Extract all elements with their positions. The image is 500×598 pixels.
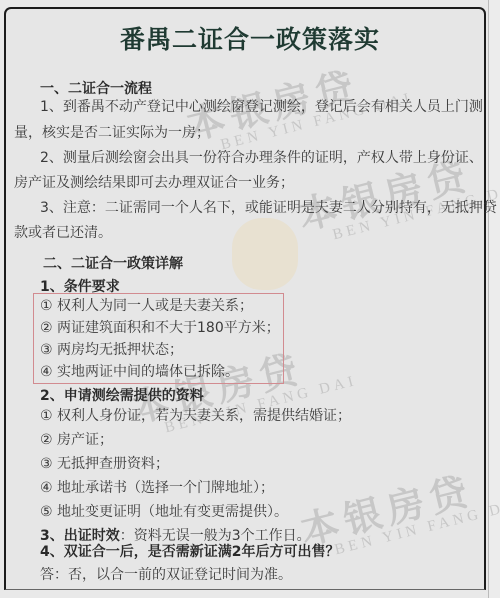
material-item: ② 房产证；	[40, 428, 113, 453]
condition-item: ③ 两房均无抵押状态；	[40, 340, 183, 361]
condition-item: ④ 实地两证中间的墙体已拆除。	[40, 362, 239, 383]
material-item: ③ 无抵押查册资料；	[40, 452, 169, 477]
section1-item-3-line2: 款或者已还清。	[14, 221, 112, 246]
section1-item-3-line1: 3、注意：二证需同一个人名下，或能证明是夫妻二人分别持有，无抵押贷	[40, 196, 497, 221]
material-item: ⑤ 地址变更证明（地址有变更需提供）。	[40, 500, 288, 525]
section1-item-2-line2: 房产证及测绘结果即可去办理双证合一业务；	[14, 171, 294, 196]
material-item: ① 权利人身份证，若为夫妻关系，需提供结婚证；	[40, 404, 351, 429]
section1-item-1-line1: 1、到番禺不动产登记中心测绘窗登记测绘，登记后会有相关人员上门测	[40, 95, 483, 120]
question-text: 4、双证合一后，是否需新证满2年后方可出售？	[40, 540, 339, 565]
section2-heading: 二、二证合一政策详解	[43, 253, 183, 273]
section1-item-1-line2: 量，核实是否二证实际为一房；	[14, 121, 210, 146]
page-title: 番禺二证合一政策落实	[0, 20, 500, 56]
material-item: ④ 地址承诺书（选择一个门牌地址）；	[40, 476, 274, 501]
condition-item: ② 两证建筑面积和不大于180平方米；	[40, 318, 280, 339]
condition-item: ① 权利人为同一人或是夫妻关系；	[40, 296, 253, 317]
right-edge-strip	[488, 0, 500, 598]
section1-item-2-line1: 2、测量后测绘窗会出具一份符合办理条件的证明，产权人带上身份证、	[40, 146, 483, 171]
watermark-logo	[232, 218, 298, 290]
answer-text: 答：否，以合一前的双证登记时间为准。	[40, 563, 292, 588]
materials-heading: 2、申请测绘需提供的资料	[40, 385, 204, 405]
